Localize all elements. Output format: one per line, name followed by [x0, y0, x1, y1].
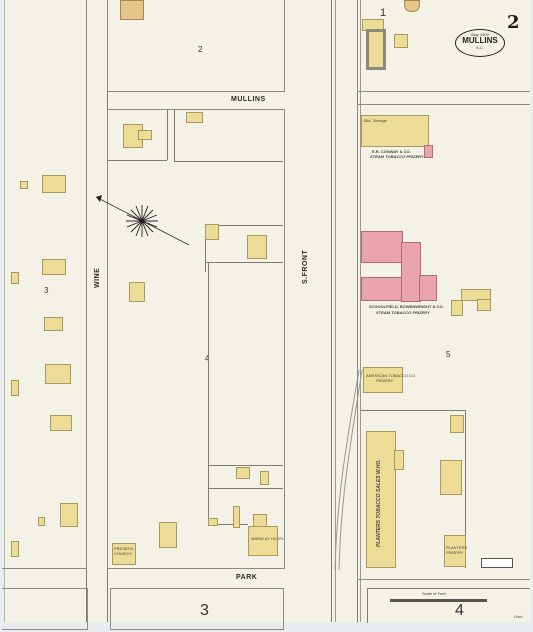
building-schoolfield-center [401, 242, 421, 302]
block-3-bottom [110, 588, 284, 630]
lot-line [208, 465, 283, 466]
building-dwelling-wing [138, 130, 152, 140]
scale-bar [390, 599, 487, 602]
building-warehouse [366, 29, 386, 70]
building-dwelling-wing [477, 299, 491, 311]
block-4 [107, 109, 285, 569]
building-dwelling [42, 175, 66, 193]
conway-type: STEAM TOBACCO PRIZERY [370, 154, 424, 159]
lot-line [174, 109, 175, 161]
building-shed [260, 471, 269, 485]
block-4-bottom-number: 4 [455, 602, 464, 620]
building-small [20, 181, 28, 189]
building-small [394, 34, 408, 48]
block-5-number: 5 [446, 350, 450, 359]
sheet-number: 2 [507, 12, 520, 33]
block-3-west-number: 3 [44, 286, 48, 295]
building-dwelling [159, 522, 177, 548]
scale-label: Scale of Feet. [422, 591, 447, 596]
lot-line [107, 160, 167, 161]
building-small [205, 224, 219, 240]
block-2-number: 2 [198, 45, 202, 54]
building-small [38, 517, 45, 526]
building-schoolfield-engine [419, 275, 437, 301]
street-label-mullins: MULLINS [231, 96, 266, 103]
block-3-west [2, 0, 87, 569]
building-small [11, 380, 19, 396]
street-label-wine: WINE [94, 268, 101, 288]
hotel-label: MARKLAY HOTEL [251, 536, 284, 541]
building-small [450, 415, 464, 433]
building-dwelling [60, 503, 78, 527]
legend-box [481, 558, 513, 568]
building-shed [186, 112, 203, 123]
building-american-tobacco: AMERICAN TOBACCO CO. PRIZERY [363, 367, 403, 393]
building-church: PRESBYN. CHURCH [112, 543, 136, 565]
building-block2-dwelling [120, 0, 144, 20]
block-3-bottom-number: 3 [200, 602, 209, 620]
planters-prizery-type: PRIZERY [446, 550, 463, 555]
building-annex [394, 450, 404, 470]
building-dwelling [44, 317, 63, 331]
building-dwelling [247, 235, 267, 259]
cartouche-state: S.C. [456, 45, 504, 50]
building-small [208, 518, 218, 526]
building-schoolfield-south [361, 277, 403, 301]
planters-sales-label: PLANTERS TOBACCO SALES W.HO. [377, 459, 382, 547]
lot-line [208, 488, 283, 489]
building-planters-sales-warehouse: PLANTERS TOBACCO SALES W.HO. [366, 431, 396, 568]
building-conway-storage: Bks. Storage [361, 115, 429, 147]
building-small [11, 272, 19, 284]
lot-line [205, 262, 283, 263]
street-label-park: PARK [236, 574, 257, 581]
building-dwelling [451, 300, 463, 316]
building-schoolfield-north [361, 231, 403, 263]
block-bottom-west [2, 588, 88, 630]
building-shed [236, 467, 250, 479]
street-label-s-front: S.FRONT [302, 250, 309, 284]
compass-rose-icon [94, 193, 194, 248]
building-planters-prizery: PLANTERS PRIZERY [444, 535, 466, 567]
footer-mark: Ohio [514, 614, 522, 619]
building-dwelling [50, 415, 72, 431]
lot-line [208, 262, 209, 524]
building-prizery-storage [440, 460, 462, 495]
american-tobacco-type: PRIZERY [376, 378, 393, 383]
cartouche-city: MULLINS [456, 37, 504, 45]
block-1-number: 1 [380, 7, 386, 19]
schoolfield-name: SCHOOLFIELD, BOWENWRIGHT & CO. [369, 304, 444, 309]
building-hotel: MARKLAY HOTEL [248, 526, 278, 556]
lot-line [174, 161, 283, 162]
building-dwelling [129, 282, 145, 302]
lot-line [167, 109, 168, 160]
storage-label: Bks. Storage [364, 118, 387, 123]
building-dwelling [45, 364, 71, 384]
building-narrow [233, 506, 240, 528]
map-sheet: 2 MULLINS 4 MARKLAY HOTEL PRESBYN. CHURC… [4, 0, 531, 622]
title-cartouche: May 1909 MULLINS S.C. [455, 29, 505, 57]
scale-block [367, 588, 530, 623]
church-label: PRESBYN. CHURCH [114, 546, 134, 556]
building-dwelling [42, 259, 66, 275]
lot-line [361, 410, 465, 411]
building-small [11, 541, 19, 557]
building-tank [404, 0, 420, 12]
building-conway-boiler [424, 145, 433, 158]
schoolfield-type: STEAM TOBACCO PRIZERY [376, 310, 430, 315]
